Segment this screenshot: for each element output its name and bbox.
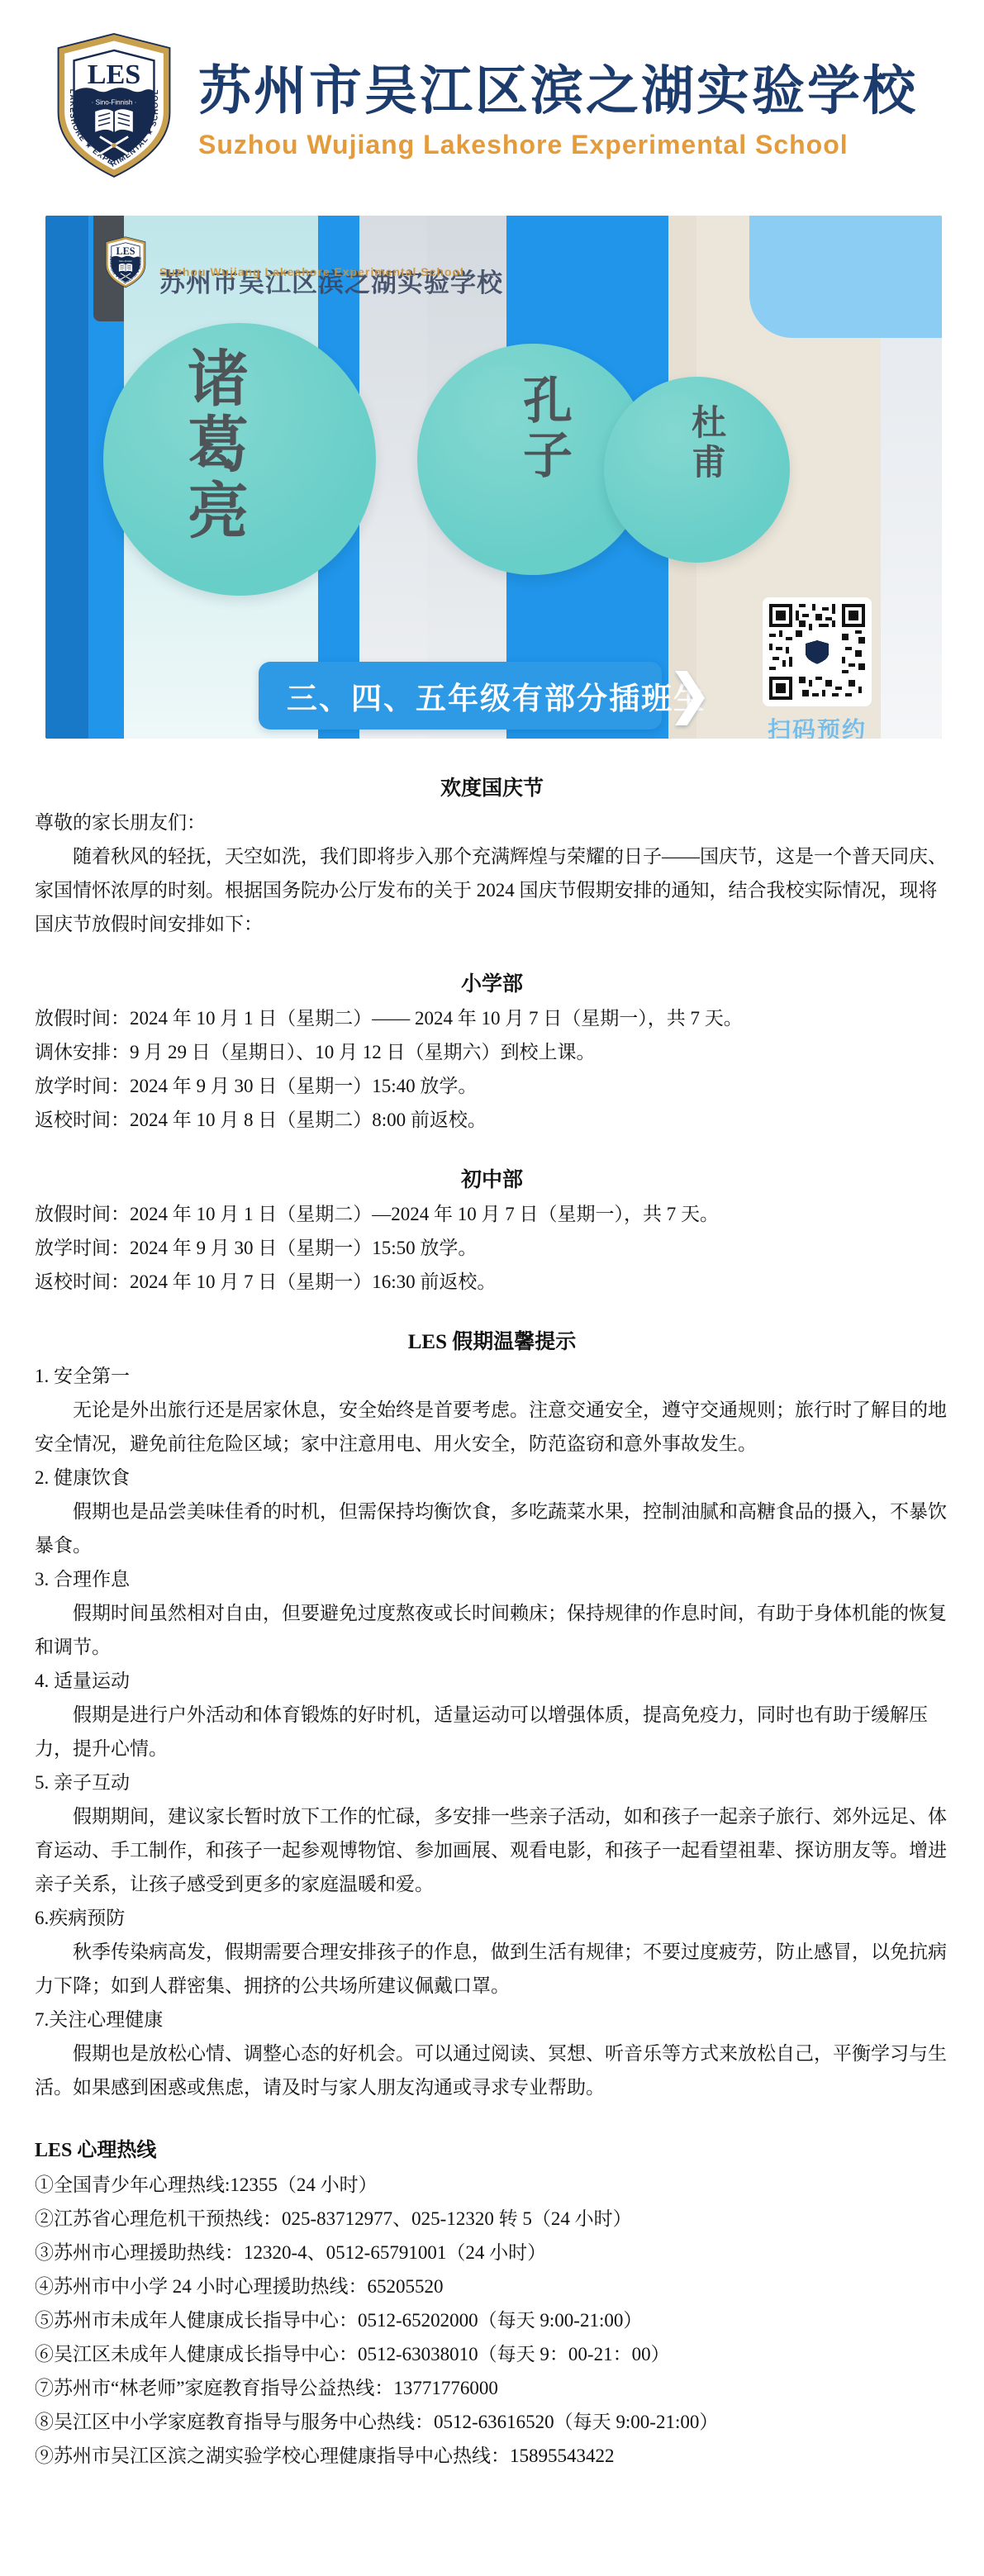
tip-body: 无论是外出旅行还是居家休息，安全始终是首要考虑。注意交通安全，遵守交通规则；旅行… xyxy=(35,1393,949,1461)
hero-overlay-header: 苏州市吴江区滨之湖实验学校 Suzhou Wujiang Lakeshore E… xyxy=(103,235,159,288)
hero-left-edge xyxy=(45,216,88,739)
hotline-item: ①全国青少年心理热线:12355（24 小时） xyxy=(35,2168,949,2202)
sign-label-dufu: 杜甫 xyxy=(682,404,731,483)
tip-heading: 5. 亲子互动 xyxy=(35,1766,949,1799)
schedule-line: 返校时间：2024 年 10 月 7 日（星期一）16:30 前返校。 xyxy=(35,1265,949,1299)
hotline-item: ⑨苏州市吴江区滨之湖实验学校心理健康指导中心热线：15895543422 xyxy=(35,2439,949,2473)
tips-title: LES 假期温馨提示 xyxy=(35,1325,949,1359)
article-title: 欢度国庆节 xyxy=(35,772,949,806)
insert-banner: 三、四、五年级有部分插班生 xyxy=(259,662,662,730)
logo-motto: · Sino-Finnish · xyxy=(92,99,137,107)
tip-body: 假期也是品尝美味佳肴的时机，但需保持均衡饮食，多吃蔬菜水果，控制油腻和高糖食品的… xyxy=(35,1495,949,1562)
intro-paragraph: 随着秋风的轻抚，天空如洗，我们即将步入那个充满辉煌与荣耀的日子——国庆节，这是一… xyxy=(35,839,949,941)
school-header: LAKESHORE ★ EXPERIMENTAL ★ SCHOOL LES · … xyxy=(0,0,984,179)
sign-label-kongzi: 孔子 xyxy=(508,374,579,483)
tip-body: 秋季传染病高发，假期需要合理安排孩子的作息，做到生活有规律；不要过度疲劳，防止感… xyxy=(35,1935,949,2003)
hotline-item: ②江苏省心理危机干预热线：025-83712977、025-12320 转 5（… xyxy=(35,2202,949,2236)
hero-overlay-logo xyxy=(103,235,148,288)
hotline-item: ④苏州市中小学 24 小时心理援助热线：65205520 xyxy=(35,2269,949,2303)
tip-heading: 7.关注心理健康 xyxy=(35,2003,949,2037)
schedule-line: 返校时间：2024 年 10 月 8 日（星期二）8:00 前返校。 xyxy=(35,1103,949,1137)
insert-banner-label: 三、四、五年级有部分插班生 xyxy=(259,673,706,718)
schedule-line: 放学时间：2024 年 9 月 30 日（星期一）15:40 放学。 xyxy=(35,1069,949,1103)
article: 欢度国庆节 尊敬的家长朋友们： 随着秋风的轻抚，天空如洗，我们即将步入那个充满辉… xyxy=(0,739,984,2506)
tip-body: 假期时间虽然相对自由，但要避免过度熬夜或长时间赖床；保持规律的作息时间，有助于身… xyxy=(35,1596,949,1664)
chevron-right-icon: ❯ xyxy=(667,662,712,730)
tip-body: 假期期间，建议家长暂时放下工作的忙碌，多安排一些亲子活动，如和孩子一起亲子旅行、… xyxy=(35,1799,949,1901)
tip-heading: 2. 健康饮食 xyxy=(35,1461,949,1495)
logo-acronym: LES xyxy=(88,59,141,90)
salutation: 尊敬的家长朋友们： xyxy=(35,806,949,839)
section-title-junior: 初中部 xyxy=(35,1163,949,1197)
tip-heading: 3. 合理作息 xyxy=(35,1562,949,1596)
school-title: 苏州市吴江区滨之湖实验学校 xyxy=(198,49,943,125)
school-header-text: 苏州市吴江区滨之湖实验学校 Suzhou Wujiang Lakeshore E… xyxy=(198,49,943,160)
hotline-item: ⑤苏州市未成年人健康成长指导中心：0512-65202000（每天 9:00-2… xyxy=(35,2303,949,2337)
schedule-line: 调休安排：9 月 29 日（星期日）、10 月 12 日（星期六）到校上课。 xyxy=(35,1035,949,1069)
hotlines-title: LES 心理热线 xyxy=(35,2134,949,2168)
qr-code-pattern xyxy=(769,604,865,700)
hero-overlay-subtitle: Suzhou Wujiang Lakeshore Experimental Sc… xyxy=(159,265,464,278)
tip-heading: 6.疾病预防 xyxy=(35,1901,949,1935)
hotline-item: ③苏州市心理援助热线：12320-4、0512-65791001（24 小时） xyxy=(35,2236,949,2269)
hotline-item: ⑦苏州市“林老师”家庭教育指导公益热线：13771776000 xyxy=(35,2371,949,2405)
qr-caption: 扫码预约 xyxy=(763,712,872,739)
notice-page: LAKESHORE ★ EXPERIMENTAL ★ SCHOOL LES · … xyxy=(0,0,984,2576)
tip-heading: 4. 适量运动 xyxy=(35,1664,949,1698)
school-logo: LAKESHORE ★ EXPERIMENTAL ★ SCHOOL LES · … xyxy=(51,30,177,179)
hotline-item: ⑧吴江区中小学家庭教育指导与服务中心热线：0512-63616520（每天 9:… xyxy=(35,2405,949,2439)
tip-heading: 1. 安全第一 xyxy=(35,1359,949,1393)
section-title-primary: 小学部 xyxy=(35,967,949,1001)
hero-image[interactable]: 诸葛亮 孔子 杜甫 苏州市吴江区滨之湖实验学校 Suzhou Wujiang L… xyxy=(45,216,942,739)
schedule-line: 放假时间：2024 年 10 月 1 日（星期二）—2024 年 10 月 7 … xyxy=(35,1197,949,1231)
hotline-item: ⑥吴江区未成年人健康成长指导中心：0512-63038010（每天 9：00-2… xyxy=(35,2337,949,2371)
hero-blue-shape xyxy=(749,216,942,338)
tip-body: 假期是进行户外活动和体育锻炼的好时机，适量运动可以增强体质，提高免疫力，同时也有… xyxy=(35,1698,949,1766)
schedule-line: 放假时间：2024 年 10 月 1 日（星期二）—— 2024 年 10 月 … xyxy=(35,1001,949,1035)
school-subtitle-en: Suzhou Wujiang Lakeshore Experimental Sc… xyxy=(198,130,943,160)
schedule-line: 放学时间：2024 年 9 月 30 日（星期一）15:50 放学。 xyxy=(35,1231,949,1265)
qr-code[interactable] xyxy=(763,597,872,706)
tip-body: 假期也是放松心情、调整心态的好机会。可以通过阅读、冥想、听音乐等方式来放松自己，… xyxy=(35,2037,949,2104)
sign-label-zhugeliang: 诸葛亮 xyxy=(169,346,257,544)
